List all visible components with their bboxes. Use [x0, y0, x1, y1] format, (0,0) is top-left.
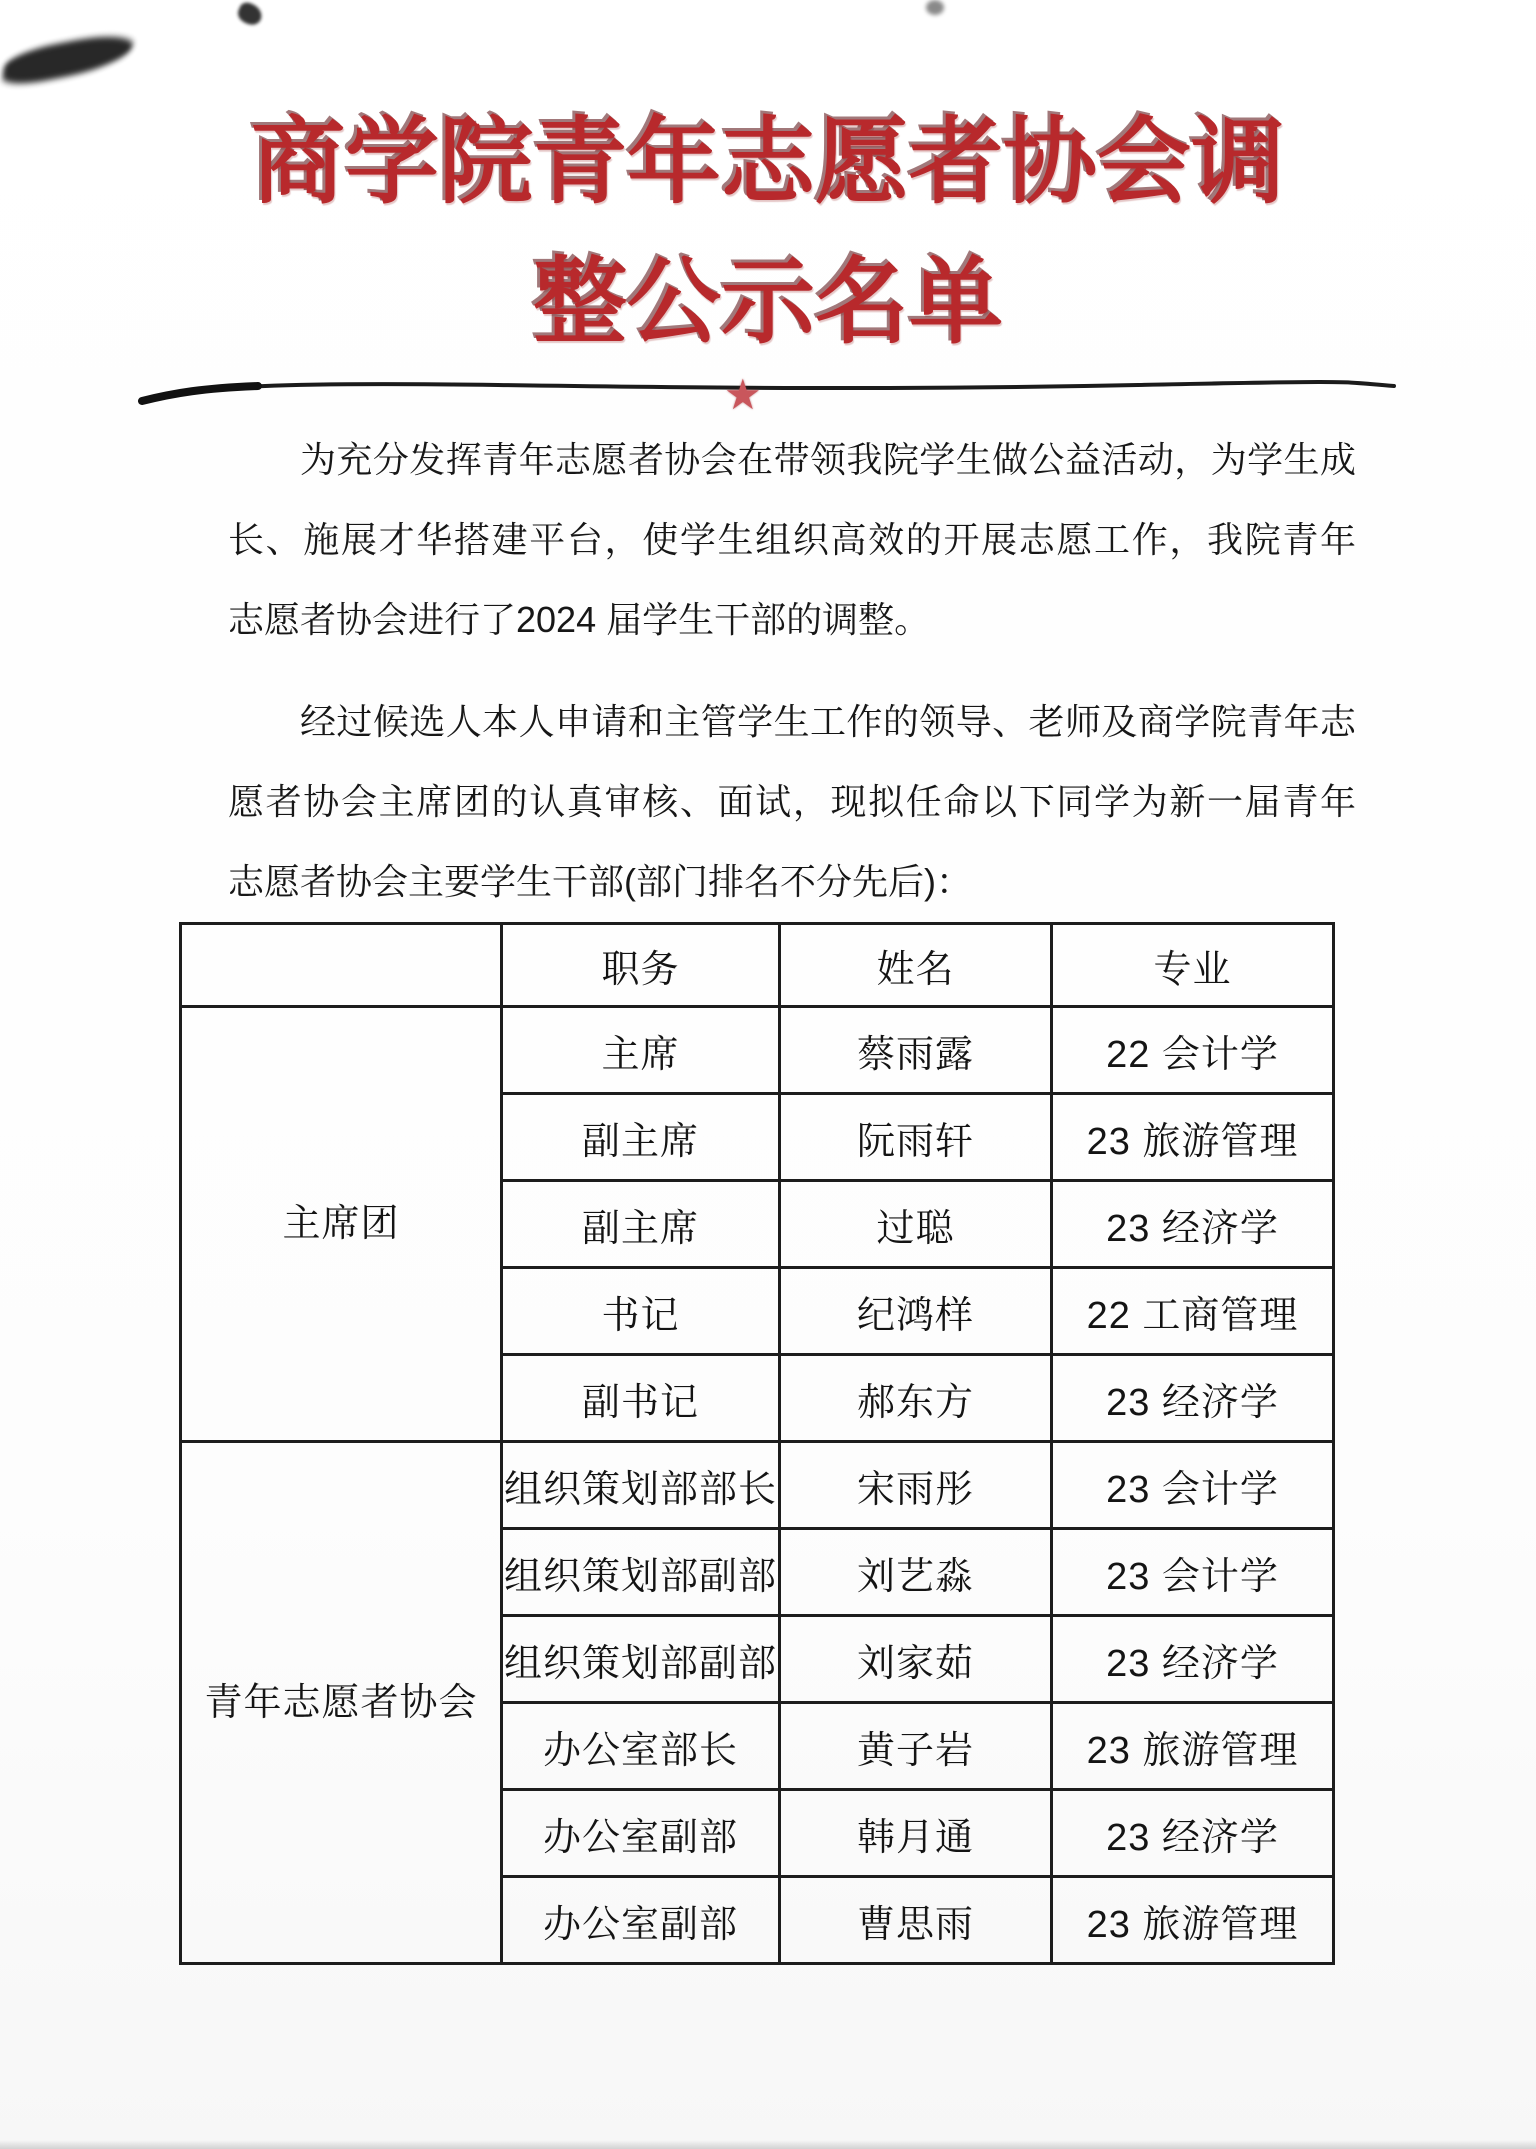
paragraph-line: 长、施展才华搭建平台，使学生组织高效的开展志愿工作，我院青年: [228, 500, 1356, 580]
title-divider: ★: [138, 372, 1398, 418]
cell-major: 23 旅游管理: [1052, 1094, 1334, 1181]
cell-name: 郝东方: [780, 1355, 1052, 1442]
group-label-presidium: 主席团: [181, 1007, 502, 1442]
cell-position: 主席: [502, 1007, 780, 1094]
divider-line: [138, 372, 1398, 418]
header-major: 专业: [1052, 924, 1334, 1007]
cell-position: 办公室部长: [502, 1703, 780, 1790]
cell-name: 蔡雨露: [780, 1007, 1052, 1094]
cell-name: 纪鸿样: [780, 1268, 1052, 1355]
paragraph-line: 愿者协会主席团的认真审核、面试，现拟任命以下同学为新一届青年: [228, 762, 1356, 842]
paragraph-line: 志愿者协会主要学生干部(部门排名不分先后)：: [228, 842, 1356, 922]
cell-position: 组织策划部副部: [502, 1616, 780, 1703]
group-label-volunteer-association: 青年志愿者协会: [181, 1442, 502, 1964]
cell-major: 23 旅游管理: [1052, 1703, 1334, 1790]
scan-mark-top: [235, 0, 265, 28]
cell-name: 黄子岩: [780, 1703, 1052, 1790]
cell-position: 组织策划部副部: [502, 1529, 780, 1616]
scan-smudge-top-left: [1, 29, 135, 90]
cell-name: 曹思雨: [780, 1877, 1052, 1964]
cell-major: 23 经济学: [1052, 1355, 1334, 1442]
page-title-line-1: 商学院青年志愿者协会调: [0, 92, 1536, 232]
divider-star-icon: ★: [724, 374, 762, 416]
cell-name: 韩月通: [780, 1790, 1052, 1877]
cell-major: 23 经济学: [1052, 1616, 1334, 1703]
table-row: 青年志愿者协会 组织策划部部长 宋雨彤 23 会计学: [181, 1442, 1334, 1529]
cell-major: 23 会计学: [1052, 1442, 1334, 1529]
cell-major: 23 经济学: [1052, 1790, 1334, 1877]
header-group-cell: [181, 924, 502, 1007]
page-title-line-2: 整公示名单: [0, 232, 1536, 372]
paragraph-line: 志愿者协会进行了2024 届学生干部的调整。: [228, 580, 1356, 660]
cell-position: 书记: [502, 1268, 780, 1355]
cell-major: 22 会计学: [1052, 1007, 1334, 1094]
cell-name: 阮雨轩: [780, 1094, 1052, 1181]
cell-major: 23 会计学: [1052, 1529, 1334, 1616]
cell-position: 组织策划部部长: [502, 1442, 780, 1529]
cell-name: 宋雨彤: [780, 1442, 1052, 1529]
paragraph-line: 为充分发挥青年志愿者协会在带领我院学生做公益活动，为学生成: [228, 420, 1356, 500]
cell-position: 办公室副部: [502, 1790, 780, 1877]
header-name: 姓名: [780, 924, 1052, 1007]
cell-name: 过聪: [780, 1181, 1052, 1268]
table-header-row: 职务 姓名 专业: [181, 924, 1334, 1007]
cell-major: 22 工商管理: [1052, 1268, 1334, 1355]
cell-position: 副主席: [502, 1094, 780, 1181]
table-row: 主席团 主席 蔡雨露 22 会计学: [181, 1007, 1334, 1094]
cell-position: 副书记: [502, 1355, 780, 1442]
page-title: 商学院青年志愿者协会调 整公示名单: [0, 92, 1536, 372]
scan-bottom-edge: [0, 2140, 1536, 2149]
scanned-notice-page: 商学院青年志愿者协会调 整公示名单 ★ 为充分发挥青年志愿者协会在带领我院学生做…: [0, 0, 1536, 2149]
cell-position: 办公室副部: [502, 1877, 780, 1964]
cell-major: 23 经济学: [1052, 1181, 1334, 1268]
roster-table-container: 职务 姓名 专业 主席团 主席 蔡雨露 22 会计学 副主席 阮雨轩 23 旅游…: [179, 922, 1335, 1965]
cell-major: 23 旅游管理: [1052, 1877, 1334, 1964]
cell-position: 副主席: [502, 1181, 780, 1268]
paragraph-line: 经过候选人本人申请和主管学生工作的领导、老师及商学院青年志: [228, 682, 1356, 762]
cell-name: 刘艺淼: [780, 1529, 1052, 1616]
header-position: 职务: [502, 924, 780, 1007]
roster-table: 职务 姓名 专业 主席团 主席 蔡雨露 22 会计学 副主席 阮雨轩 23 旅游…: [179, 922, 1335, 1965]
intro-paragraph-1: 为充分发挥青年志愿者协会在带领我院学生做公益活动，为学生成 长、施展才华搭建平台…: [228, 420, 1356, 660]
scan-mark-top-right: [926, 0, 944, 15]
cell-name: 刘家茹: [780, 1616, 1052, 1703]
intro-paragraph-2: 经过候选人本人申请和主管学生工作的领导、老师及商学院青年志 愿者协会主席团的认真…: [228, 682, 1356, 922]
